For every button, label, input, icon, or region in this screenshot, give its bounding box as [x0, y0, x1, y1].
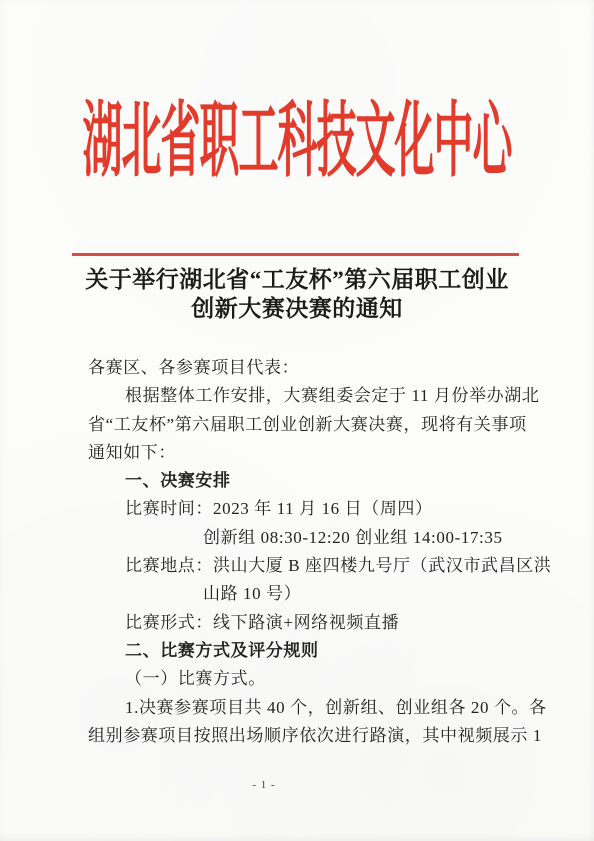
body-line-item1-1: 1.决赛参赛项目共 40 个，创新组、创业组各 20 个。各 — [88, 694, 518, 722]
document-body: 各赛区、各参赛项目代表： 根据整体工作安排，大赛组委会定于 11 月份举办湖北 … — [88, 354, 518, 750]
red-divider-line — [72, 253, 519, 256]
body-line-subsection: （一）比赛方式。 — [88, 665, 518, 693]
title-line-1: 关于举行湖北省“工友杯”第六届职工创业 — [0, 265, 594, 294]
document-title: 关于举行湖北省“工友杯”第六届职工创业 创新大赛决赛的通知 — [0, 265, 594, 323]
body-line-salutation: 各赛区、各参赛项目代表： — [88, 354, 518, 382]
body-line-intro-1: 根据整体工作安排，大赛组委会定于 11 月份举办湖北 — [88, 382, 518, 410]
page-number: - 1 - — [0, 779, 528, 791]
body-line-section-2: 二、比赛方式及评分规则 — [88, 637, 518, 665]
body-line-time-groups: 创新组 08:30-12:20 创业组 14:00-17:35 — [88, 524, 518, 552]
body-line-venue-2: 山路 10 号） — [88, 580, 518, 608]
document-page: 湖北省职工科技文化中心 关于举行湖北省“工友杯”第六届职工创业 创新大赛决赛的通… — [0, 0, 594, 841]
letterhead-text: 湖北省职工科技文化中心 — [0, 101, 594, 183]
body-line-section-1: 一、决赛安排 — [88, 467, 518, 495]
body-line-intro-2: 省“工友杯”第六届职工创业创新大赛决赛，现将有关事项 — [88, 411, 518, 439]
body-line-venue-1: 比赛地点：洪山大厦 B 座四楼九号厅（武汉市武昌区洪 — [88, 552, 518, 580]
body-line-format: 比赛形式：线下路演+网络视频直播 — [88, 609, 518, 637]
body-line-intro-3: 通知如下： — [88, 439, 518, 467]
body-line-time: 比赛时间：2023 年 11 月 16 日（周四） — [88, 495, 518, 523]
body-line-item1-2: 组别参赛项目按照出场顺序依次进行路演，其中视频展示 1 — [88, 722, 518, 750]
title-line-2: 创新大赛决赛的通知 — [0, 294, 594, 323]
